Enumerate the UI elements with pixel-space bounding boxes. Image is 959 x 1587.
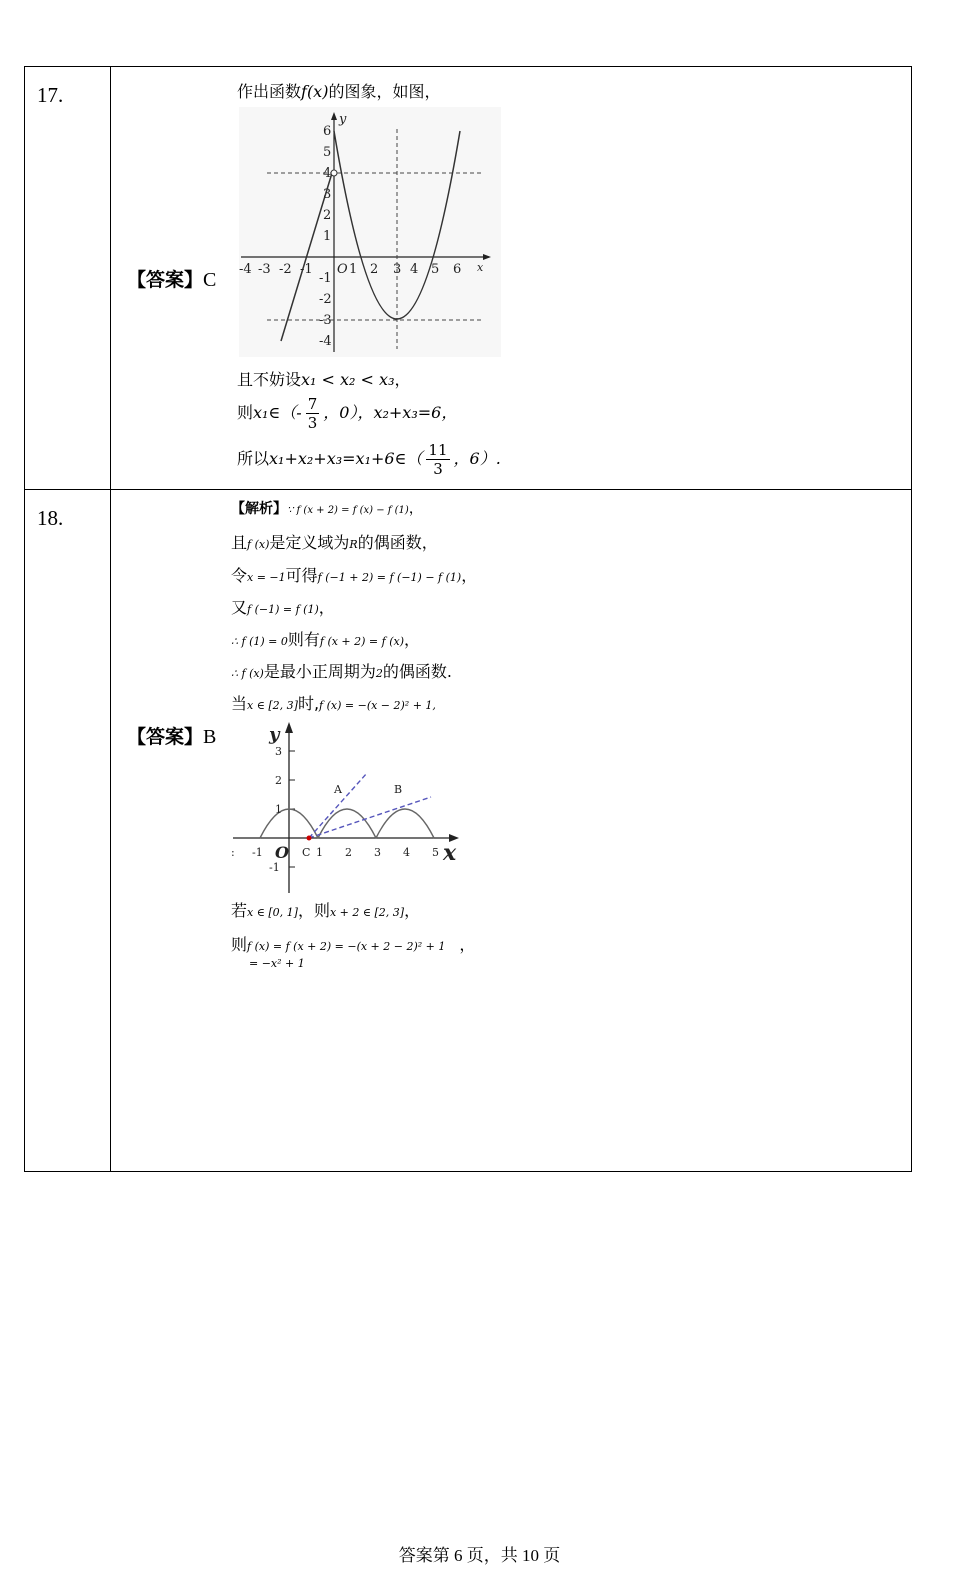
svg-text:x: x — [477, 261, 484, 274]
svg-text:B: B — [394, 783, 402, 796]
question-content-cell: 【答案】B 【解析】∵ f (x + 2) = f (x) − f (1)， 且… — [111, 490, 912, 1172]
text: 所以 — [237, 449, 269, 468]
svg-text:6: 6 — [323, 124, 331, 139]
answer-label: 【答案】C — [127, 265, 216, 292]
text: 的偶函数， — [358, 533, 438, 552]
answer-value: B — [203, 726, 216, 748]
svg-text:-1: -1 — [252, 846, 263, 859]
answer-table: 17. 【答案】C 作出函数f(x)的图象，如图， — [24, 66, 912, 1172]
text: ，则 — [298, 901, 330, 920]
q18-after-line-2: = −x² + 1 — [249, 952, 305, 971]
q17-line3: 所以x₁+x₂+x₃=x₁+6∈（113，6）. — [237, 441, 501, 478]
svg-text:2: 2 — [370, 262, 378, 277]
question-number: 17. — [25, 67, 110, 108]
denominator: 3 — [306, 414, 320, 432]
svg-text:1: 1 — [323, 229, 331, 244]
math: ∴ f (1) = 0 — [231, 635, 288, 648]
answer-label-text: 【答案】 — [127, 269, 203, 291]
text: 时, — [298, 694, 319, 713]
svg-text:4: 4 — [403, 846, 410, 859]
text: 的图象，如图， — [328, 82, 440, 101]
svg-text:2: 2 — [275, 774, 282, 787]
text: 作出函数 — [237, 82, 301, 101]
text: 则有 — [288, 630, 320, 649]
svg-text:4: 4 — [410, 262, 418, 277]
q18-line-3: 又f (−1) = f (1)， — [231, 595, 335, 618]
text: 且 — [231, 533, 247, 552]
text: ， — [394, 370, 410, 389]
question-number-cell: 18. — [25, 490, 111, 1172]
text: 当 — [231, 694, 247, 713]
q18-line-2: 令x = −1可得f (−1 + 2) = f (−1) − f (1)， — [231, 563, 477, 586]
svg-text:5: 5 — [323, 145, 331, 160]
q18-line-4: ∴ f (1) = 0则有f (x + 2) = f (x)， — [231, 627, 420, 650]
q18-line-5: ∴ f (x)是最小正周期为2的偶函数. — [231, 659, 452, 682]
math: x₁+x₂+x₃=x₁+6∈（ — [269, 449, 422, 468]
svg-text:O: O — [275, 843, 289, 862]
text: 【解析】 — [231, 501, 287, 517]
svg-text:3: 3 — [275, 745, 282, 758]
math: = −x² + 1 — [249, 957, 305, 970]
svg-text:3: 3 — [393, 262, 401, 277]
math: x = −1 — [247, 571, 286, 584]
q17-intro: 作出函数f(x)的图象，如图， — [237, 79, 440, 102]
svg-text:1: 1 — [275, 803, 282, 816]
math: x + 2 ∈ [2, 3] — [330, 906, 404, 919]
text: 的偶函数. — [383, 662, 452, 681]
text: 是最小正周期为 — [264, 662, 376, 681]
q17-function-graph: y x 6 5 4 3 2 1 O -4 -3 -2 -1 1 — [239, 107, 501, 357]
svg-text:-4: -4 — [239, 262, 252, 277]
svg-text:-1: -1 — [269, 861, 280, 874]
q18-body: 【答案】B 【解析】∵ f (x + 2) = f (x) − f (1)， 且… — [111, 490, 911, 1171]
svg-text:1: 1 — [316, 846, 323, 859]
text: 是定义域为 — [269, 533, 349, 552]
answer-value: C — [203, 269, 216, 291]
numerator: 11 — [426, 441, 449, 460]
svg-text:4: 4 — [323, 166, 331, 181]
text: ， — [404, 901, 420, 920]
svg-text:3: 3 — [323, 187, 331, 202]
svg-text:2: 2 — [345, 846, 352, 859]
denominator: 3 — [426, 460, 449, 478]
fraction: 73 — [306, 395, 320, 432]
svg-text:1: 1 — [349, 262, 357, 277]
text: 可得 — [286, 566, 318, 585]
math: f (x + 2) = f (x) — [320, 635, 404, 648]
q18-line-1: 且f (x)是定义域为R的偶函数， — [231, 530, 438, 553]
svg-text:A: A — [333, 783, 343, 796]
page-footer: 答案第 6 页，共 10 页 — [0, 1541, 959, 1566]
math: R — [349, 538, 357, 551]
math: x ∈ [2, 3] — [247, 699, 298, 712]
text: ， — [404, 630, 420, 649]
svg-text:-1: -1 — [300, 262, 313, 277]
text: 则 — [231, 935, 247, 954]
text: 且不妨设 — [237, 370, 301, 389]
math: ∵ f (x + 2) = f (x) − f (1) — [287, 505, 409, 516]
svg-text:x: x — [442, 840, 457, 866]
question-number-cell: 17. — [25, 67, 111, 490]
math: ，6）. — [454, 449, 501, 468]
math: ∴ f (x) — [231, 667, 264, 680]
text: 若 — [231, 901, 247, 920]
q18-line-0: 【解析】∵ f (x + 2) = f (x) − f (1)， — [231, 498, 423, 518]
question-content-cell: 【答案】C 作出函数f(x)的图象，如图， — [111, 67, 912, 490]
math: ，0），x₂+x₃=6， — [323, 403, 457, 422]
answer-label: 【答案】B — [127, 722, 216, 749]
math: f (−1) = f (1) — [247, 603, 319, 616]
math: f (x) = −(x − 2)² + 1, — [319, 699, 436, 712]
text: ， — [409, 501, 423, 517]
answer-label-text: 【答案】 — [127, 726, 203, 748]
text: 又 — [231, 598, 247, 617]
svg-text:5: 5 — [432, 846, 439, 859]
text: 则 — [237, 403, 253, 422]
svg-text:5: 5 — [431, 262, 439, 277]
numerator: 7 — [306, 395, 320, 414]
math: x₁ < x₂ < x₃ — [301, 370, 394, 389]
svg-text:O: O — [337, 262, 348, 277]
math: 2 — [376, 667, 383, 680]
svg-text:C: C — [302, 846, 310, 859]
svg-text:2: 2 — [323, 208, 331, 223]
q17-line2: 则x₁∈（-73，0），x₂+x₃=6， — [237, 395, 457, 432]
svg-text:-3: -3 — [319, 313, 332, 328]
q17-line1: 且不妨设x₁ < x₂ < x₃， — [237, 367, 411, 390]
svg-text:-4: -4 — [319, 334, 332, 349]
svg-text:-2: -2 — [279, 262, 292, 277]
math: f (x) — [247, 538, 269, 551]
math: f (−1 + 2) = f (−1) − f (1) — [318, 571, 462, 584]
q18-line-6: 当x ∈ [2, 3]时,f (x) = −(x − 2)² + 1, — [231, 691, 436, 714]
text: ， — [319, 598, 335, 617]
svg-text:-1: -1 — [319, 271, 332, 286]
question-number: 18. — [25, 490, 110, 531]
fraction: 113 — [426, 441, 449, 478]
table-row-18: 18. 【答案】B 【解析】∵ f (x + 2) = f (x) − f (1… — [25, 490, 912, 1172]
math: f(x) — [301, 82, 328, 101]
text: ， — [459, 935, 475, 954]
svg-text:6: 6 — [453, 262, 461, 277]
svg-text:-2: -2 — [319, 292, 332, 307]
q18-periodic-graph: y 3 2 1 -1 -1 O C 1 2 3 4 5 x A — [231, 718, 471, 898]
svg-text:-3: -3 — [258, 262, 271, 277]
math: x ∈ [0, 1] — [247, 906, 298, 919]
svg-text::: : — [231, 846, 235, 859]
svg-text:3: 3 — [374, 846, 381, 859]
svg-text:y: y — [338, 112, 347, 127]
svg-text:y: y — [268, 724, 281, 745]
q18-after-line-0: 若x ∈ [0, 1]，则x + 2 ∈ [2, 3]， — [231, 898, 420, 921]
table-row-17: 17. 【答案】C 作出函数f(x)的图象，如图， — [25, 67, 912, 490]
math: x₁∈（- — [253, 403, 302, 422]
q17-body: 【答案】C 作出函数f(x)的图象，如图， — [111, 67, 911, 489]
text: ， — [461, 566, 477, 585]
text: 令 — [231, 566, 247, 585]
